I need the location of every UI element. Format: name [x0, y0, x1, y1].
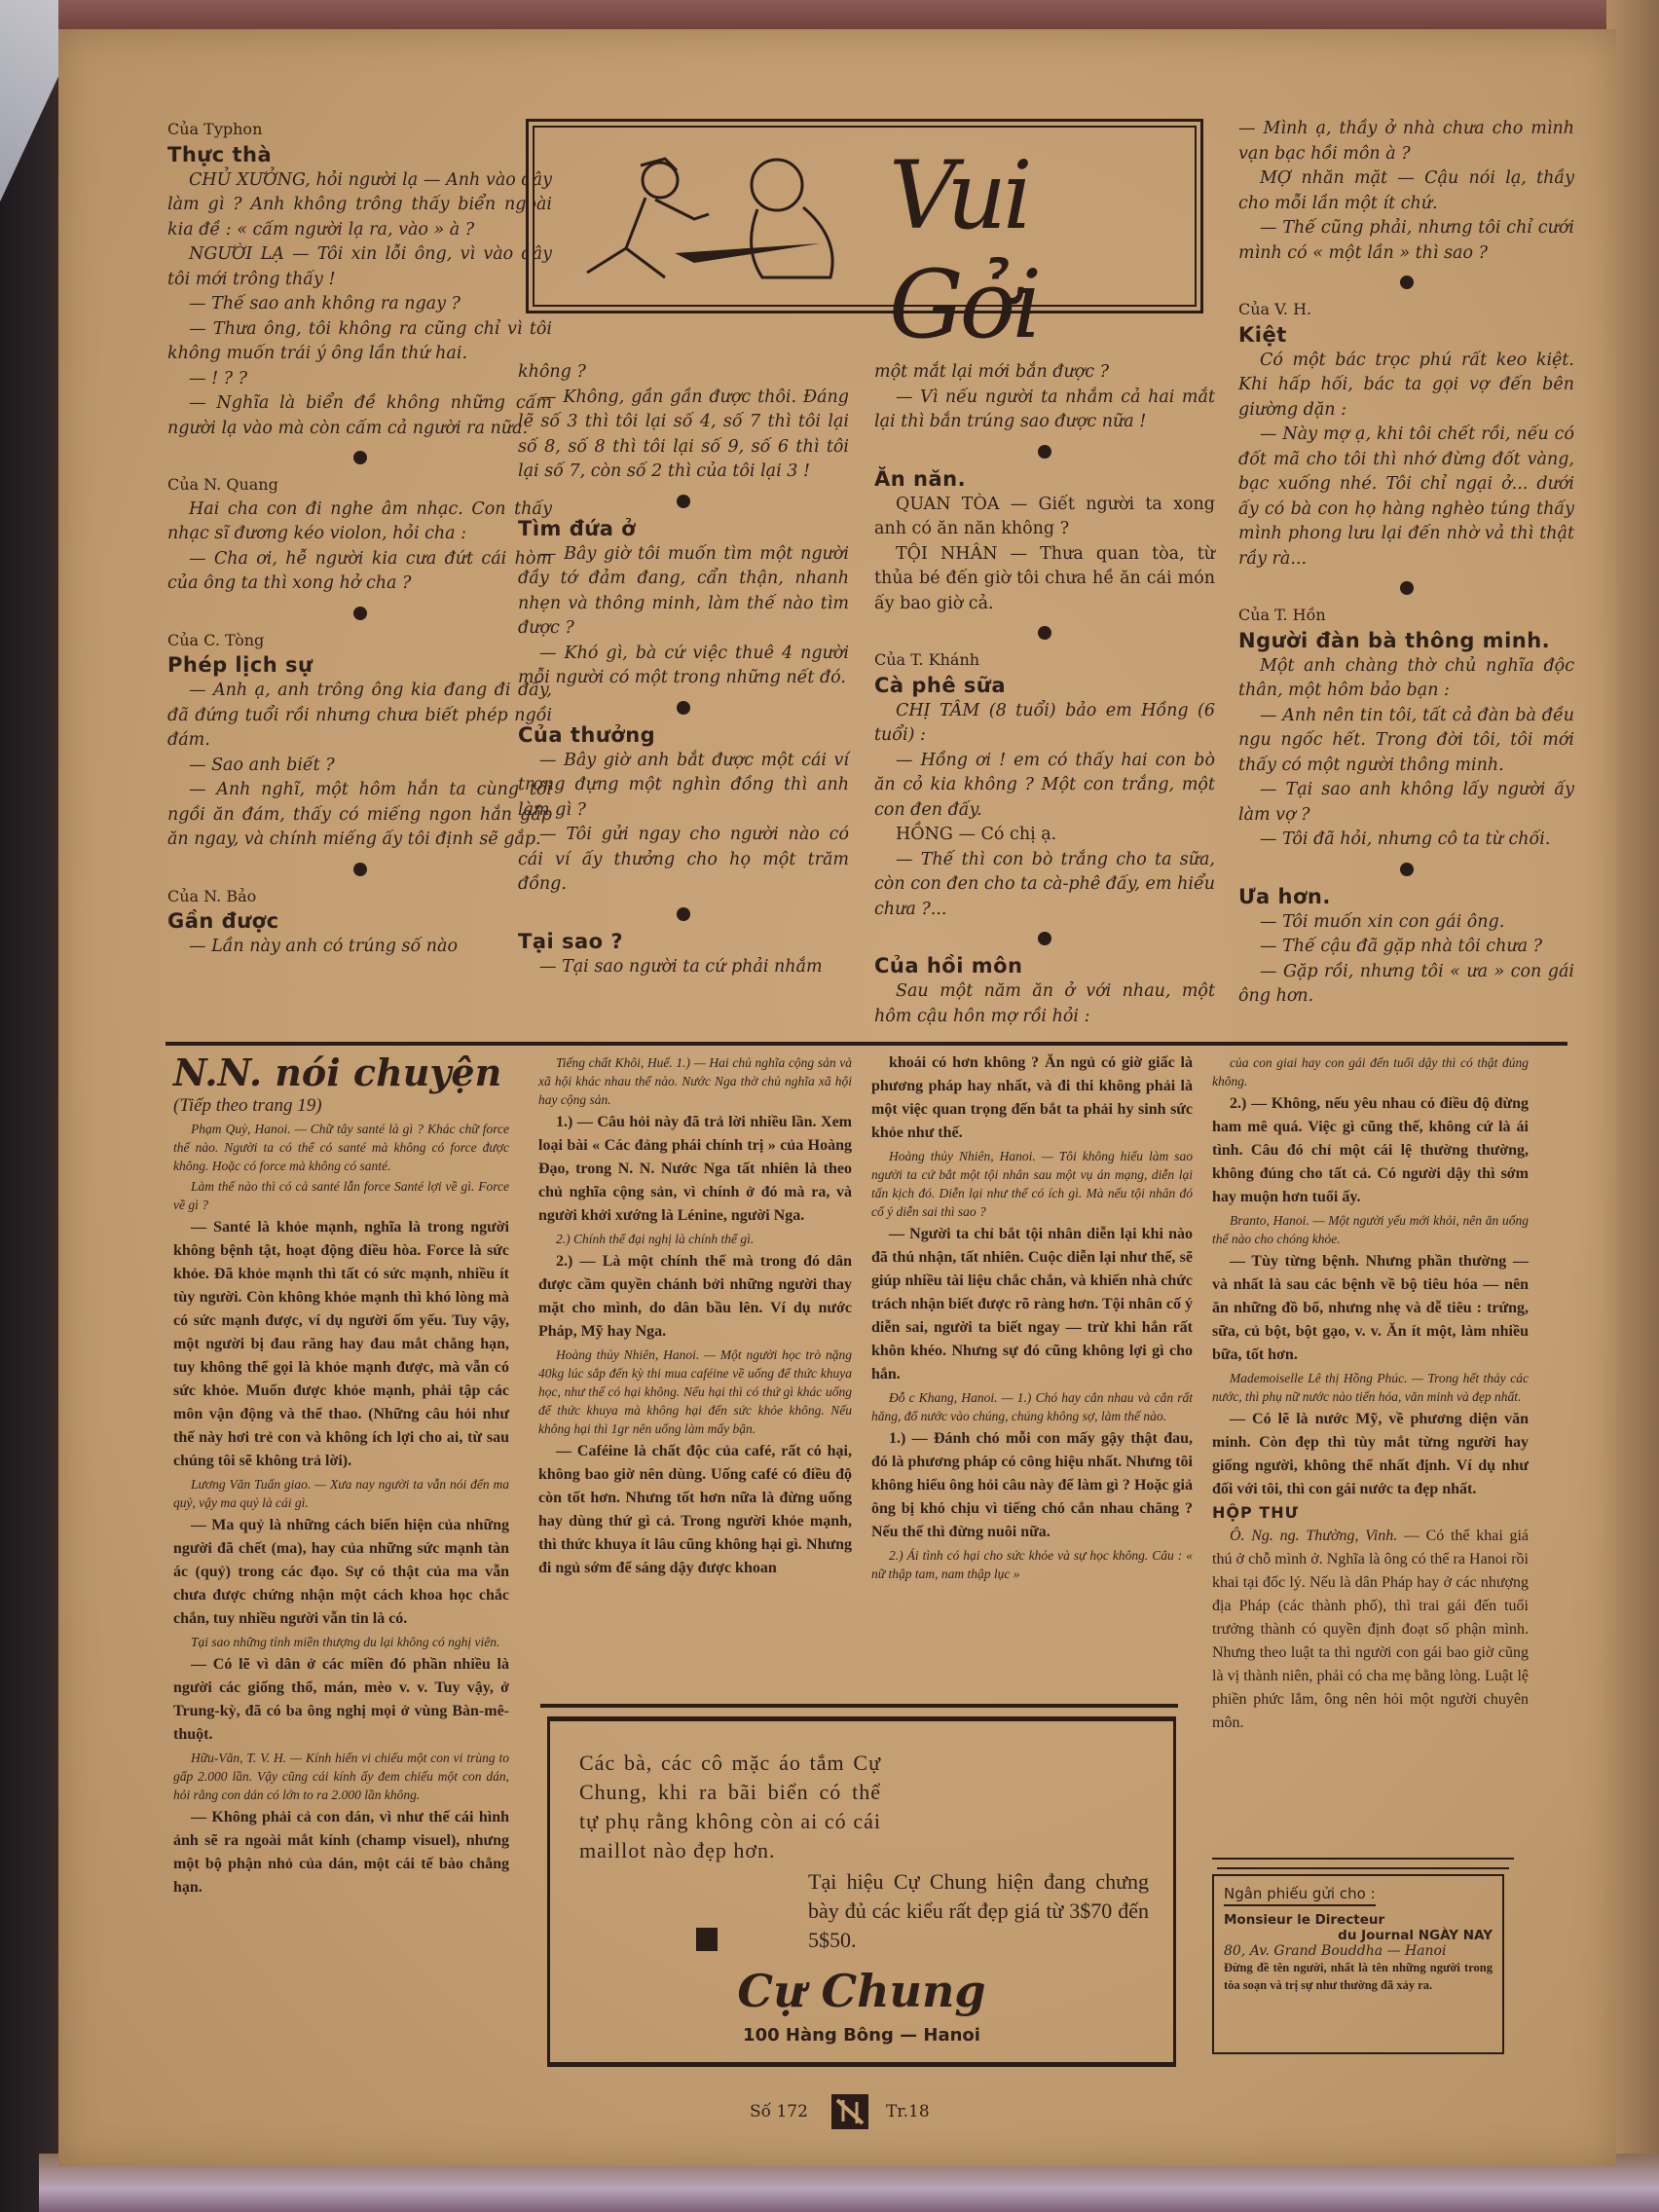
joke-paragraph: — Thế cũng phải, nhưng tôi chỉ cưới mình… — [1238, 216, 1574, 266]
editor-answer: — Có lẽ là nước Mỹ, về phương diện văn m… — [1212, 1408, 1529, 1501]
joke-paragraph: — Thưa ông, tôi không ra cũng chỉ vì tôi… — [167, 317, 552, 367]
reader-question: của con giai hay con gái đến tuổi dậy th… — [1212, 1053, 1529, 1090]
joke-paragraph: CHỊ TÂM (8 tuổi) bảo em Hồng (6 tuổi) : — [874, 699, 1215, 749]
nn-title: N.N. nói chuyện — [173, 1051, 509, 1094]
money-order-note: Đừng đề tên người, nhất là tên những ngư… — [1224, 1959, 1493, 1994]
separator-dot-icon — [677, 907, 690, 921]
joke-paragraph: CHỦ XƯỞNG, hỏi người lạ — Anh vào đây là… — [167, 168, 552, 243]
joke-title: Gần được — [167, 908, 552, 935]
reader-question: Làm thế nào thì có cả santé lẫn force Sa… — [173, 1177, 509, 1214]
reader-question: Hữu-Văn, T. V. H. — Kính hiển vi chiếu m… — [173, 1749, 509, 1804]
separator-dot-icon — [1400, 276, 1414, 289]
money-order-line2: du Journal NGÀY NAY — [1224, 1928, 1493, 1943]
joke-paragraph: — Hồng ơi ! em có thấy hai con bò ăn cỏ … — [874, 749, 1215, 824]
separator-dot-icon — [1038, 626, 1051, 640]
joke-title: Ưa hơn. — [1238, 884, 1574, 910]
joke-paragraph: — Tại sao anh không lấy người ấy làm vợ … — [1238, 778, 1574, 828]
editor-answer: — Santé là khỏe mạnh, nghĩa là trong ngư… — [173, 1216, 509, 1473]
joke-title: Thực thà — [167, 142, 552, 168]
banner-title: Vui Gởi — [889, 141, 1200, 359]
money-order-box: Ngân phiếu gửi cho : Monsieur le Directe… — [1212, 1874, 1504, 2054]
joke-paragraph: — Sao anh biết ? — [167, 754, 552, 779]
jokes-column-4: — Mình ạ, thầy ở nhà chưa cho mình vạn b… — [1238, 117, 1574, 1010]
editor-answer: 1.) — Đánh chó mỗi con mấy gậy thật đau,… — [871, 1427, 1193, 1544]
page-number: Tr.18 — [886, 2102, 930, 2121]
joke-title: Người đàn bà thông minh. — [1238, 628, 1574, 654]
reader-question: Tại sao những tỉnh miền thượng du lại kh… — [173, 1633, 509, 1651]
joke-paragraph: — Thế thì con bò trắng cho ta sữa, còn c… — [874, 848, 1215, 923]
joke-paragraph: không ? — [518, 360, 849, 386]
joke-byline: Của C. Tòng — [167, 628, 552, 653]
reader-question: Tiếng chất Khôi, Huế. 1.) — Hai chủ nghĩ… — [538, 1053, 852, 1109]
issue-number: Số 172 — [750, 2102, 808, 2121]
money-order-line1: Monsieur le Directeur — [1224, 1912, 1493, 1928]
ad-brand: Cự Chung — [550, 1965, 1173, 2017]
joke-paragraph: — Vì nếu người ta nhắm cả hai mắt lại th… — [874, 386, 1215, 435]
joke-paragraph: QUAN TÒA — Giết người ta xong anh có ăn … — [874, 493, 1215, 542]
joke-paragraph: — Anh nghĩ, một hôm hắn ta cùng tôi ngồi… — [167, 778, 552, 853]
separator-dot-icon — [677, 495, 690, 508]
joke-title: Phép lịch sự — [167, 652, 552, 679]
joke-paragraph: Một anh chàng thờ chủ nghĩa độc thân, mộ… — [1238, 654, 1574, 704]
joke-paragraph: Hai cha con đi nghe âm nhạc. Con thấy nh… — [167, 498, 552, 547]
joke-paragraph: Sau một năm ăn ở với nhau, một hôm cậu h… — [874, 979, 1215, 1029]
section-divider — [166, 1042, 1567, 1046]
reader-question: Mademoiselle Lê thị Hồng Phúc. — Trong h… — [1212, 1369, 1529, 1406]
nn-column-3: khoái có hơn không ? Ăn ngủ có giờ giấc … — [871, 1051, 1193, 1585]
joke-paragraph: — Mình ạ, thầy ở nhà chưa cho mình vạn b… — [1238, 117, 1574, 166]
reader-question: Branto, Hanoi. — Một người yếu mới khỏi,… — [1212, 1211, 1529, 1248]
joke-byline: Của Typhon — [167, 117, 552, 142]
mailbox-text: — Có thể khai giá thú ở chỗ mình ở. Nghĩ… — [1212, 1528, 1529, 1731]
joke-paragraph: — Anh ạ, anh trông ông kia đang đi đấy, … — [167, 679, 552, 754]
joke-paragraph: Có một bác trọc phú rất keo kiệt. Khi hấ… — [1238, 349, 1574, 424]
editor-answer: — Tùy từng bệnh. Nhưng phần thường — và … — [1212, 1250, 1529, 1367]
vui-cuoi-banner: Vui Gởi — [526, 119, 1203, 313]
separator-dot-icon — [1400, 581, 1414, 595]
mailbox-recipient: Ô. Ng. ng. Thường, Vinh. — [1230, 1528, 1397, 1544]
joke-title: Ăn năn. — [874, 466, 1215, 493]
joke-title: Tại sao ? — [518, 929, 849, 955]
editor-answer: — Có lẽ vì dân ở các miền đó phần nhiều … — [173, 1653, 509, 1747]
joke-title: Tìm đứa ở — [518, 516, 849, 542]
jokes-column-2: không ?— Không, gần gần được thôi. Đáng … — [518, 360, 849, 979]
ad-text-right: Tại hiệu Cự Chung hiện đang chưng bày đủ… — [808, 1867, 1149, 1955]
joke-byline: Của T. Khánh — [874, 647, 1215, 673]
nn-column-4: của con giai hay con gái đến tuổi dậy th… — [1212, 1051, 1529, 1735]
joke-title: Cà phê sữa — [874, 673, 1215, 699]
separator-dot-icon — [1038, 445, 1051, 459]
editor-answer: — Caféine là chất độc của café, rất có h… — [538, 1440, 852, 1580]
joke-paragraph: — Bây giờ anh bắt được một cái ví trong … — [518, 749, 849, 824]
page-footer: Số 172 Tr.18 — [750, 2088, 1003, 2137]
mailbox-heading: HỘP THƯ — [1212, 1501, 1529, 1525]
joke-byline: Của V. H. — [1238, 297, 1574, 322]
separator-dot-icon — [353, 607, 367, 620]
money-order-address: 80, Av. Grand Bouddha — Hanoi — [1224, 1943, 1493, 1959]
ad-square-bullet-icon — [696, 1928, 718, 1951]
joke-paragraph: — Lần này anh có trúng số nào — [167, 935, 552, 960]
editor-answer: khoái có hơn không ? Ăn ngủ có giờ giấc … — [871, 1051, 1193, 1145]
joke-byline: Của T. Hồn — [1238, 603, 1574, 628]
joke-paragraph: HỒNG — Có chị ạ. — [874, 823, 1215, 848]
nn-column-1: N.N. nói chuyện (Tiếp theo trang 19) Phạ… — [173, 1051, 509, 1899]
joke-paragraph: một mắt lại mới bắn được ? — [874, 360, 1215, 386]
reader-question: Đỗ c Khang, Hanoi. — 1.) Chó hay cắn nha… — [871, 1388, 1193, 1425]
joke-paragraph: — Tôi đã hỏi, nhưng cô ta từ chối. — [1238, 828, 1574, 853]
separator-dot-icon — [1400, 863, 1414, 876]
editor-answer: — Người ta chỉ bắt tội nhân diễn lại khi… — [871, 1223, 1193, 1386]
nn-subtitle: (Tiếp theo trang 19) — [173, 1094, 509, 1118]
joke-paragraph: — Này mợ ạ, khi tôi chết rồi, nếu có đốt… — [1238, 423, 1574, 571]
reader-question: Phạm Quỳ, Hanoi. — Chữ tây santé là gì ?… — [173, 1120, 509, 1175]
separator-dot-icon — [353, 863, 367, 876]
cartoon-illustration-icon — [548, 131, 899, 297]
joke-paragraph: — Không, gần gần được thôi. Đáng lẽ số 3… — [518, 386, 849, 485]
jokes-column-3: một mắt lại mới bắn được ?— Vì nếu người… — [874, 360, 1215, 1029]
reader-question: Lương Văn Tuấn giao. — Xưa nay người ta … — [173, 1475, 509, 1512]
nn-logo-icon — [829, 2092, 870, 2131]
editor-answer: 1.) — Câu hỏi này đã trả lời nhiều lần. … — [538, 1111, 852, 1228]
reader-question: Hoàng thủy Nhiên, Hanoi. — Tôi không hiể… — [871, 1147, 1193, 1221]
ad-address: 100 Hàng Bông — Hanoi — [550, 2025, 1173, 2046]
joke-paragraph: — ! ? ? — [167, 367, 552, 392]
joke-paragraph: — Tại sao người ta cứ phải nhắm — [518, 955, 849, 980]
joke-paragraph: — Thế cậu đã gặp nhà tôi chưa ? — [1238, 935, 1574, 960]
separator-dot-icon — [1038, 932, 1051, 945]
joke-title: Của hồi môn — [874, 953, 1215, 979]
joke-paragraph: — Bây giờ tôi muốn tìm một người đầy tớ … — [518, 542, 849, 642]
joke-paragraph: — Nghĩa là biển đề không những cấm người… — [167, 391, 552, 441]
joke-paragraph: — Tôi gửi ngay cho người nào có cái ví ấ… — [518, 823, 849, 898]
joke-title: Của thưởng — [518, 722, 849, 749]
editor-answer: 2.) — Không, nếu yêu nhau có điều độ đừn… — [1212, 1092, 1529, 1209]
joke-paragraph: — Gặp rồi, nhưng tôi « ưa » con gái ông … — [1238, 960, 1574, 1010]
nn-column-2: Tiếng chất Khôi, Huế. 1.) — Hai chủ nghĩ… — [538, 1051, 852, 1580]
ad-text-left: Các bà, các cô mặc áo tắm Cự Chung, khi … — [579, 1749, 881, 1865]
separator-dot-icon — [677, 701, 690, 715]
joke-title: Kiệt — [1238, 322, 1574, 349]
joke-paragraph: — Tôi muốn xin con gái ông. — [1238, 910, 1574, 936]
mailbox-divider-2 — [1217, 1867, 1509, 1869]
jokes-column-1: Của TyphonThực thàCHỦ XƯỞNG, hỏi người l… — [167, 117, 552, 960]
joke-paragraph: — Khó gì, bà cứ việc thuê 4 người mỗi ng… — [518, 642, 849, 691]
mailbox-divider-1 — [1212, 1858, 1514, 1860]
reader-question: 2.) Chính thể đại nghị là chính thể gì. — [538, 1230, 852, 1248]
joke-paragraph: — Thế sao anh không ra ngay ? — [167, 292, 552, 317]
editor-answer: — Không phải cả con dán, vì như thế cái … — [173, 1806, 509, 1899]
editor-answer: — Ma quỷ là những cách biến hiện của nhữ… — [173, 1514, 509, 1631]
joke-paragraph: TỘI NHÂN — Thưa quan tòa, từ thủa bé đến… — [874, 542, 1215, 617]
cu-chung-advertisement: Các bà, các cô mặc áo tắm Cự Chung, khi … — [547, 1716, 1176, 2067]
joke-byline: Của N. Bảo — [167, 884, 552, 909]
joke-paragraph: — Anh nên tin tôi, tất cả đàn bà đều ngu… — [1238, 704, 1574, 779]
mailbox-entry: Ô. Ng. ng. Thường, Vinh. — Có thể khai g… — [1212, 1525, 1529, 1735]
ad-divider — [540, 1704, 1178, 1708]
reader-question: Hoàng thủy Nhiên, Hanoi. — Một người học… — [538, 1346, 852, 1438]
editor-answer: 2.) — Là một chính thể mà trong đó dân đ… — [538, 1250, 852, 1344]
money-order-heading: Ngân phiếu gửi cho : — [1224, 1885, 1376, 1906]
joke-paragraph: NGƯỜI LẠ — Tôi xin lỗi ông, vì vào đây t… — [167, 242, 552, 292]
joke-paragraph: — Cha ơi, hễ người kia cưa đứt cái hòm c… — [167, 547, 552, 597]
separator-dot-icon — [353, 451, 367, 464]
joke-byline: Của N. Quang — [167, 472, 552, 498]
newspaper-page: Của TyphonThực thàCHỦ XƯỞNG, hỏi người l… — [58, 29, 1616, 2166]
joke-paragraph: MỢ nhăn mặt — Cậu nói lạ, thầy cho mỗi l… — [1238, 166, 1574, 216]
reader-question: 2.) Ái tình có hại cho sức khỏe và sự họ… — [871, 1546, 1193, 1583]
